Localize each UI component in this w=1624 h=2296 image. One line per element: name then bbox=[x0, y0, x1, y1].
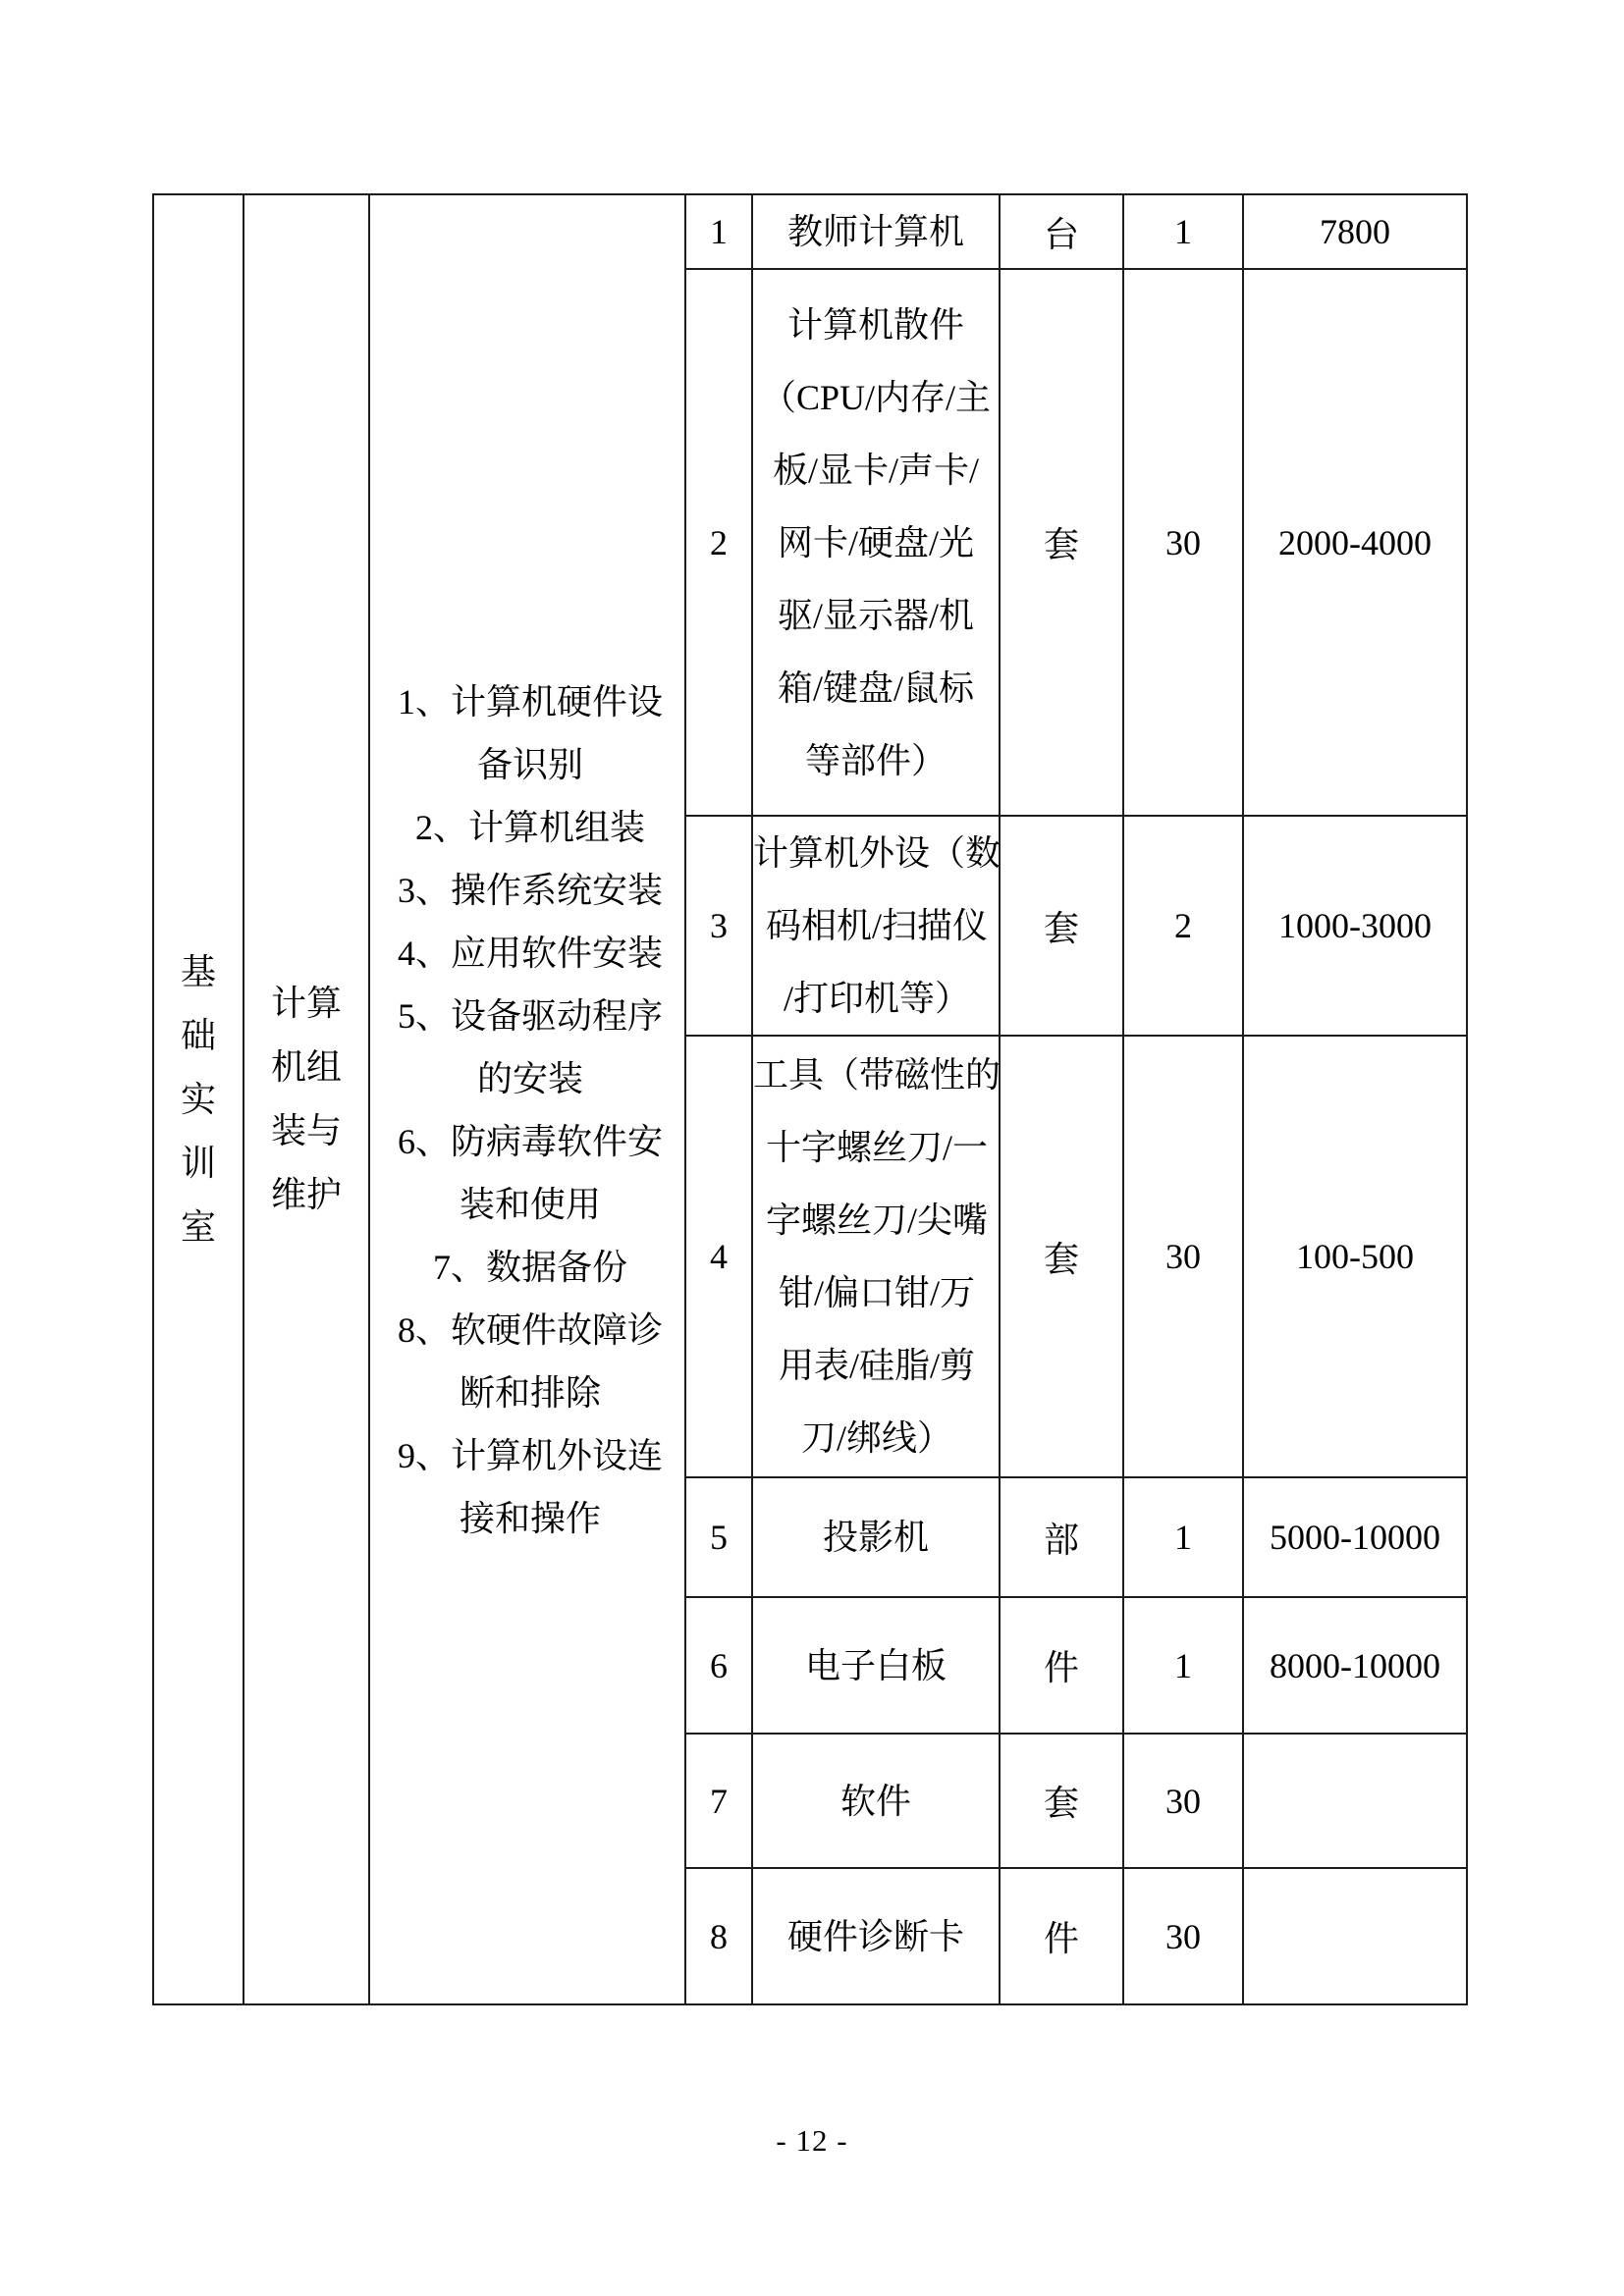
item-name-cell: 软件 bbox=[752, 1734, 1000, 1868]
equipment-table-wrapper: 基 础 实 训 室 计算 机组 装与 维护 1、计算机硬件设 备识别 2、计算机… bbox=[152, 193, 1468, 2005]
equipment-table: 基 础 实 训 室 计算 机组 装与 维护 1、计算机硬件设 备识别 2、计算机… bbox=[152, 193, 1468, 2005]
item-name: 计算机外设（数 码相机/扫描仪 /打印机等） bbox=[753, 817, 1000, 1035]
price-cell: 1000-3000 bbox=[1243, 816, 1467, 1036]
item-name: 硬件诊断卡 bbox=[787, 1900, 964, 1973]
training-item: 4、应用软件安装 bbox=[384, 922, 677, 985]
quantity-cell: 30 bbox=[1123, 1036, 1243, 1477]
price-cell bbox=[1243, 1868, 1467, 2004]
row-number-cell: 2 bbox=[685, 269, 752, 816]
row-number-cell: 5 bbox=[685, 1477, 752, 1597]
training-item: 8、软硬件故障诊 断和排除 bbox=[384, 1299, 677, 1424]
price-cell: 8000-10000 bbox=[1243, 1597, 1467, 1734]
unit-cell: 套 bbox=[1000, 269, 1123, 816]
item-name: 计算机散件 （CPU/内存/主 板/显卡/声卡/ 网卡/硬盘/光 驱/显示器/机… bbox=[761, 289, 991, 797]
room-label: 基 础 实 训 室 bbox=[181, 940, 216, 1259]
item-name: 投影机 bbox=[823, 1501, 929, 1574]
unit-cell: 套 bbox=[1000, 1036, 1123, 1477]
item-name-cell: 硬件诊断卡 bbox=[752, 1868, 1000, 2004]
quantity-cell: 1 bbox=[1123, 1477, 1243, 1597]
unit-cell: 件 bbox=[1000, 1597, 1123, 1734]
quantity-cell: 30 bbox=[1123, 1734, 1243, 1868]
price-cell: 100-500 bbox=[1243, 1036, 1467, 1477]
training-item: 2、计算机组装 bbox=[384, 796, 677, 859]
training-item: 7、数据备份 bbox=[384, 1236, 677, 1299]
price-cell bbox=[1243, 1734, 1467, 1868]
item-name: 软件 bbox=[840, 1765, 911, 1838]
item-name: 教师计算机 bbox=[787, 195, 964, 268]
row-number-cell: 6 bbox=[685, 1597, 752, 1734]
room-cell: 基 础 实 训 室 bbox=[153, 194, 244, 2004]
unit-cell: 套 bbox=[1000, 1734, 1123, 1868]
quantity-cell: 1 bbox=[1123, 194, 1243, 269]
course-label: 计算 机组 装与 维护 bbox=[271, 972, 342, 1227]
row-number-cell: 7 bbox=[685, 1734, 752, 1868]
item-name-cell: 计算机散件 （CPU/内存/主 板/显卡/声卡/ 网卡/硬盘/光 驱/显示器/机… bbox=[752, 269, 1000, 816]
item-name-cell: 工具（带磁性的 十字螺丝刀/一 字螺丝刀/尖嘴 钳/偏口钳/万 用表/硅脂/剪 … bbox=[752, 1036, 1000, 1477]
unit-cell: 台 bbox=[1000, 194, 1123, 269]
unit-cell: 套 bbox=[1000, 816, 1123, 1036]
row-number-cell: 8 bbox=[685, 1868, 752, 2004]
price-cell: 5000-10000 bbox=[1243, 1477, 1467, 1597]
item-name-cell: 教师计算机 bbox=[752, 194, 1000, 269]
item-name-cell: 投影机 bbox=[752, 1477, 1000, 1597]
item-name: 工具（带磁性的 十字螺丝刀/一 字螺丝刀/尖嘴 钳/偏口钳/万 用表/硅脂/剪 … bbox=[753, 1039, 1000, 1474]
training-items-list: 1、计算机硬件设 备识别 2、计算机组装 3、操作系统安装 4、应用软件安装 5… bbox=[370, 649, 684, 1550]
price-cell: 2000-4000 bbox=[1243, 269, 1467, 816]
price-cell: 7800 bbox=[1243, 194, 1467, 269]
unit-cell: 件 bbox=[1000, 1868, 1123, 2004]
training-item: 5、设备驱动程序 的安装 bbox=[384, 985, 677, 1110]
document-page: 基 础 实 训 室 计算 机组 装与 维护 1、计算机硬件设 备识别 2、计算机… bbox=[0, 0, 1624, 2296]
table-row: 基 础 实 训 室 计算 机组 装与 维护 1、计算机硬件设 备识别 2、计算机… bbox=[153, 194, 1467, 269]
quantity-cell: 1 bbox=[1123, 1597, 1243, 1734]
training-items-cell: 1、计算机硬件设 备识别 2、计算机组装 3、操作系统安装 4、应用软件安装 5… bbox=[369, 194, 685, 2004]
training-item: 1、计算机硬件设 备识别 bbox=[384, 670, 677, 796]
course-cell: 计算 机组 装与 维护 bbox=[244, 194, 369, 2004]
row-number-cell: 1 bbox=[685, 194, 752, 269]
unit-cell: 部 bbox=[1000, 1477, 1123, 1597]
quantity-cell: 2 bbox=[1123, 816, 1243, 1036]
training-item: 9、计算机外设连 接和操作 bbox=[384, 1424, 677, 1550]
training-item: 6、防病毒软件安 装和使用 bbox=[384, 1110, 677, 1236]
row-number-cell: 3 bbox=[685, 816, 752, 1036]
item-name: 电子白板 bbox=[805, 1629, 947, 1702]
item-name-cell: 电子白板 bbox=[752, 1597, 1000, 1734]
quantity-cell: 30 bbox=[1123, 269, 1243, 816]
page-number: - 12 - bbox=[0, 2123, 1624, 2159]
row-number-cell: 4 bbox=[685, 1036, 752, 1477]
item-name-cell: 计算机外设（数 码相机/扫描仪 /打印机等） bbox=[752, 816, 1000, 1036]
training-item: 3、操作系统安装 bbox=[384, 859, 677, 922]
quantity-cell: 30 bbox=[1123, 1868, 1243, 2004]
